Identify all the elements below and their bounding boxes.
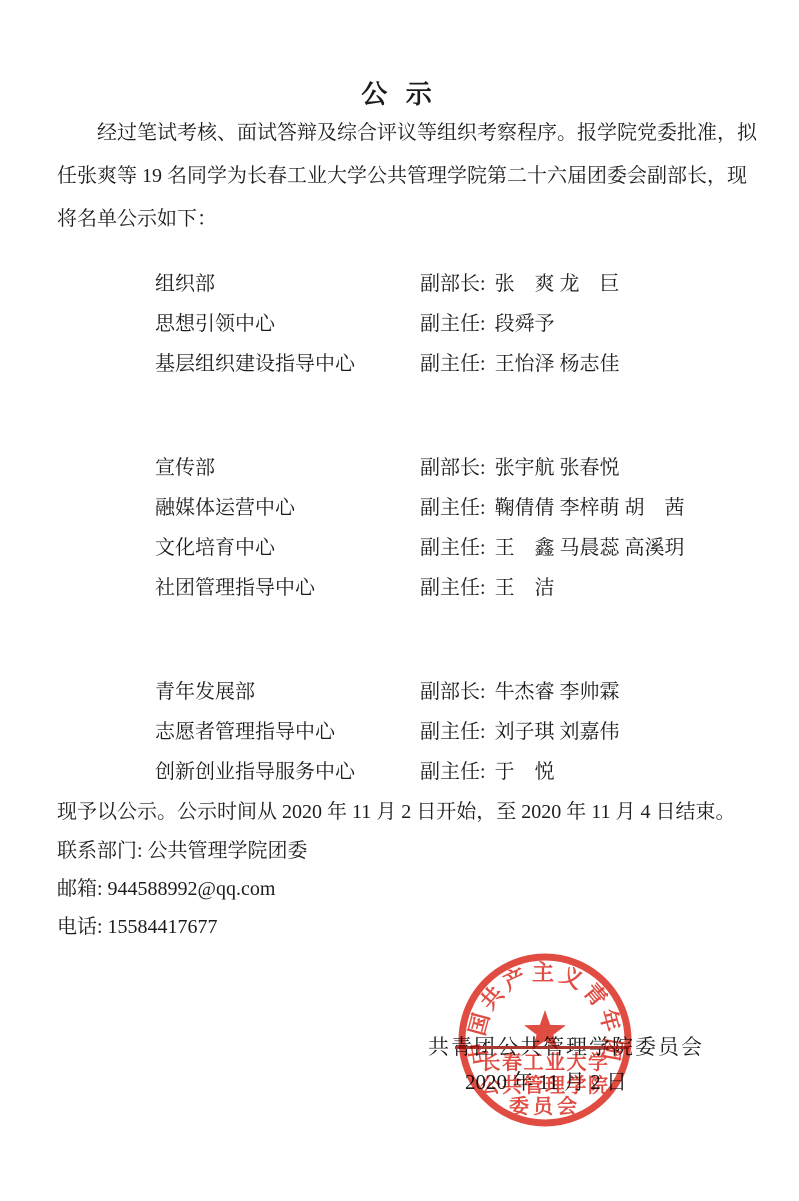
seal-org-line-1: 长春工业大学	[481, 1050, 610, 1074]
appointee-names: 王 洁	[495, 568, 555, 608]
role-label: 副主任:	[420, 304, 486, 344]
official-seal: 中国共产主义青年团 长春工业大学 公共管理学院 委员会	[456, 951, 634, 1129]
appointment-group-youth-development: 青年发展部 副部长: 牛杰睿 李帅霖 志愿者管理指导中心 副主任: 刘子琪 刘嘉…	[155, 672, 755, 792]
appointee-names: 牛杰睿 李帅霖	[495, 672, 620, 712]
appointment-row: 文化培育中心 副主任: 王 鑫 马晨蕊 高溪玥	[155, 528, 755, 568]
appointment-row: 融媒体运营中心 副主任: 鞠倩倩 李梓萌 胡 茜	[155, 488, 755, 528]
seal-star-icon	[524, 1010, 566, 1050]
appointment-row: 组织部 副部长: 张 爽 龙 巨	[155, 264, 755, 304]
intro-line: 经过笔试考核、面试答辩及综合评议等组织考察程序。报学院党委批准，拟	[57, 112, 757, 155]
appointment-group-publicity: 宣传部 副部长: 张宇航 张春悦 融媒体运营中心 副主任: 鞠倩倩 李梓萌 胡 …	[155, 448, 755, 608]
role-label: 副部长:	[420, 448, 486, 488]
contact-department-line: 联系部门: 公共管理学院团委	[57, 838, 308, 864]
department-name: 创新创业指导服务中心	[155, 752, 420, 792]
department-name: 青年发展部	[155, 672, 420, 712]
appointment-row: 社团管理指导中心 副主任: 王 洁	[155, 568, 755, 608]
appointment-row: 思想引领中心 副主任: 段舜予	[155, 304, 755, 344]
email-line: 邮箱: 944588992@qq.com	[57, 876, 275, 902]
role-label: 副主任:	[420, 568, 486, 608]
department-name: 志愿者管理指导中心	[155, 712, 420, 752]
appointee-names: 王怡泽 杨志佳	[495, 344, 620, 384]
announcement-document: 公 示 经过笔试考核、面试答辩及综合评议等组织考察程序。报学院党委批准，拟 任张…	[0, 0, 799, 1201]
appointment-row: 青年发展部 副部长: 牛杰睿 李帅霖	[155, 672, 755, 712]
role-label: 副主任:	[420, 528, 486, 568]
role-label: 副主任:	[420, 344, 486, 384]
intro-line: 任张爽等 19 名同学为长春工业大学公共管理学院第二十六届团委会副部长，现	[57, 155, 757, 198]
appointee-names: 王 鑫 马晨蕊 高溪玥	[495, 528, 685, 568]
appointment-row: 志愿者管理指导中心 副主任: 刘子琪 刘嘉伟	[155, 712, 755, 752]
appointee-names: 张 爽 龙 巨	[495, 264, 620, 304]
appointee-names: 鞠倩倩 李梓萌 胡 茜	[495, 488, 685, 528]
appointment-group-organization: 组织部 副部长: 张 爽 龙 巨 思想引领中心 副主任: 段舜予 基层组织建设指…	[155, 264, 755, 384]
role-label: 副主任:	[420, 712, 486, 752]
department-name: 思想引领中心	[155, 304, 420, 344]
appointment-row: 宣传部 副部长: 张宇航 张春悦	[155, 448, 755, 488]
seal-org-line-2: 公共管理学院	[481, 1073, 610, 1097]
appointee-names: 刘子琪 刘嘉伟	[495, 712, 620, 752]
appointment-row: 创新创业指导服务中心 副主任: 于 悦	[155, 752, 755, 792]
intro-paragraph: 经过笔试考核、面试答辩及综合评议等组织考察程序。报学院党委批准，拟 任张爽等 1…	[57, 112, 757, 241]
page-title: 公 示	[0, 74, 799, 111]
role-label: 副部长:	[420, 672, 486, 712]
department-name: 宣传部	[155, 448, 420, 488]
role-label: 副主任:	[420, 488, 486, 528]
role-label: 副主任:	[420, 752, 486, 792]
department-name: 组织部	[155, 264, 420, 304]
phone-line: 电话: 15584417677	[57, 914, 218, 940]
department-name: 社团管理指导中心	[155, 568, 420, 608]
closing-statement: 现予以公示。公示时间从 2020 年 11 月 2 日开始，至 2020 年 1…	[57, 799, 736, 825]
department-name: 文化培育中心	[155, 528, 420, 568]
seal-org-line-3: 委员会	[509, 1094, 581, 1118]
department-name: 基层组织建设指导中心	[155, 344, 420, 384]
appointee-names: 段舜予	[495, 304, 555, 344]
appointee-names: 于 悦	[495, 752, 555, 792]
appointment-row: 基层组织建设指导中心 副主任: 王怡泽 杨志佳	[155, 344, 755, 384]
appointee-names: 张宇航 张春悦	[495, 448, 620, 488]
department-name: 融媒体运营中心	[155, 488, 420, 528]
role-label: 副部长:	[420, 264, 486, 304]
intro-line: 将名单公示如下：	[57, 198, 757, 241]
